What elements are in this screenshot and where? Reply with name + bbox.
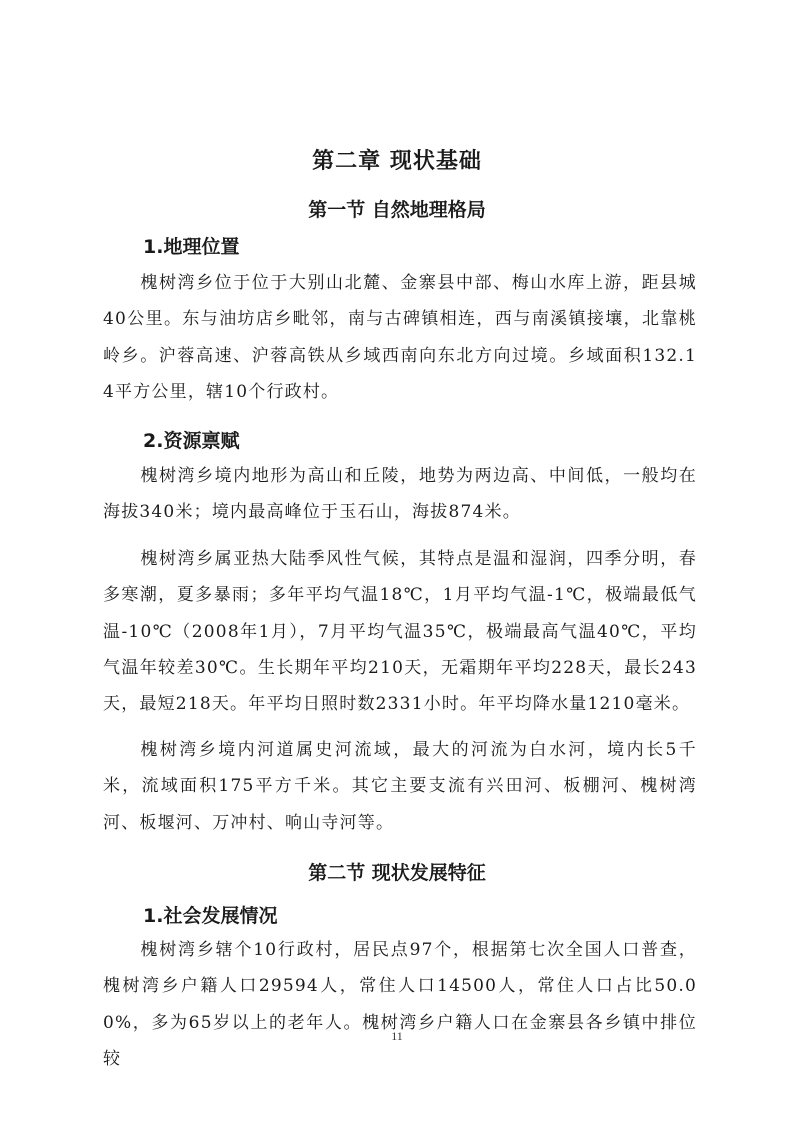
section-title-natural-geography: 第一节 自然地理格局 [0,196,794,224]
paragraph-climate: 槐树湾乡属亚热大陆季风性气候，其特点是温和湿润，四季分明，春多寒潮，夏多暴雨；多… [103,541,697,722]
subsection-title-resources: 2.资源禀赋 [143,427,239,455]
paragraph-terrain: 槐树湾乡境内地形为高山和丘陵，地势为两边高、中间低，一般均在海拔340米；境内最… [103,458,697,531]
subsection-title-location: 1.地理位置 [143,233,239,261]
page-number: 11 [0,1029,794,1044]
subsection-title-social: 1.社会发展情况 [143,902,277,930]
paragraph-social: 槐树湾乡辖个10行政村，居民点97个，根据第七次全国人口普查，槐树湾乡户籍人口2… [103,932,697,1077]
document-page: 第二章 现状基础 第一节 自然地理格局 1.地理位置 槐树湾乡位于位于大别山北麓… [0,0,794,1122]
paragraph-rivers: 槐树湾乡境内河道属史河流域，最大的河流为白水河，境内长5千米，流域面积175平方… [103,732,697,841]
section-title-development: 第二节 现状发展特征 [0,859,794,887]
paragraph-location: 槐树湾乡位于位于大别山北麓、金寨县中部、梅山水库上游，距县城40公里。东与油坊店… [103,265,697,410]
chapter-title: 第二章 现状基础 [0,147,794,177]
